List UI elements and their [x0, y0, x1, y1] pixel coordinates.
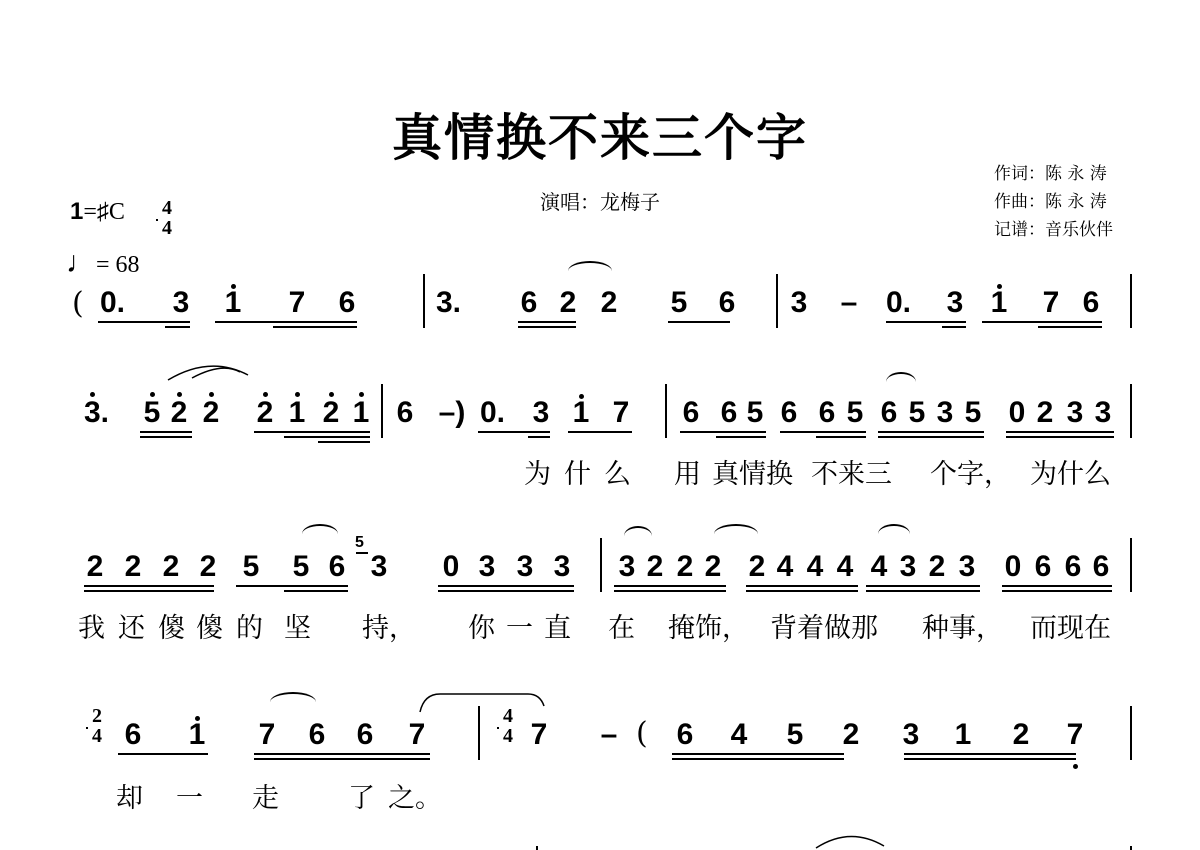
lyric: 之。 — [388, 784, 442, 814]
high-octave-dot — [90, 392, 95, 397]
note: 0 — [1002, 552, 1024, 582]
time-signature: 4 4 — [156, 198, 178, 238]
dash-sustain: – — [598, 720, 620, 750]
note: 5 — [240, 552, 262, 582]
time-sig-denominator: 4 — [86, 726, 108, 746]
slur — [568, 261, 612, 271]
note: 1 — [286, 398, 308, 428]
note: 5 — [668, 288, 690, 318]
beam-line — [878, 431, 984, 433]
beam-line — [518, 321, 576, 323]
lyric: 不来三 — [811, 460, 892, 490]
beam-line — [982, 321, 1102, 323]
high-octave-dot — [579, 394, 584, 399]
note: 1 — [186, 720, 208, 750]
beam-line — [118, 753, 208, 755]
note: 2 — [840, 720, 862, 750]
lyric: 我 — [78, 614, 105, 644]
beam-line — [318, 441, 370, 443]
lyric: 的 — [236, 614, 263, 644]
note: 3 — [934, 398, 956, 428]
composer-credit: 作曲：陈 永 涛 — [994, 188, 1113, 216]
bar-line — [600, 538, 602, 592]
note: 6 — [816, 398, 838, 428]
note: 2 — [598, 288, 620, 318]
note: 3 — [551, 552, 573, 582]
note: 6 — [336, 288, 358, 318]
beam-line — [438, 585, 574, 587]
beam-line — [284, 590, 348, 592]
beam-line — [746, 585, 858, 587]
note: 6 — [122, 720, 144, 750]
note: 5 — [962, 398, 984, 428]
beam-line — [904, 753, 1076, 755]
note: 6 — [878, 398, 900, 428]
note: 2 — [1010, 720, 1032, 750]
slur — [624, 526, 652, 536]
beam-line — [672, 753, 844, 755]
tempo-marking: ♩= 68 — [66, 246, 140, 280]
note: 2 — [122, 552, 144, 582]
note: 5 — [141, 398, 163, 428]
beam-line — [816, 436, 866, 438]
note: 4 — [774, 552, 796, 582]
beam-line — [478, 431, 550, 433]
note: 2 — [926, 552, 948, 582]
bar-line — [1130, 274, 1132, 328]
note: 4 — [834, 552, 856, 582]
note: 4 — [868, 552, 890, 582]
note: 3. — [84, 398, 106, 428]
note: 6 — [718, 398, 740, 428]
time-sig-bar — [497, 727, 499, 729]
high-octave-dot — [195, 716, 200, 721]
note: 3 — [956, 552, 978, 582]
high-octave-dot — [359, 392, 364, 397]
note: 2 — [197, 552, 219, 582]
beam-line — [1006, 431, 1114, 433]
note: 6 — [1080, 288, 1102, 318]
high-octave-dot — [177, 392, 182, 397]
high-octave-dot — [997, 284, 1002, 289]
note: 5 — [784, 720, 806, 750]
slur — [878, 524, 910, 534]
note: 2 — [160, 552, 182, 582]
beam-line — [668, 321, 730, 323]
high-octave-dot — [329, 392, 334, 397]
lyric: 直 — [544, 614, 571, 644]
high-octave-dot — [150, 392, 155, 397]
beam-line — [518, 326, 576, 328]
beam-line — [866, 590, 980, 592]
note: 2 — [320, 398, 342, 428]
key-signature: 1=♯C — [70, 198, 125, 226]
beam-line — [254, 758, 430, 760]
lyric: 还 — [118, 614, 145, 644]
note: 3 — [900, 720, 922, 750]
beam-line — [273, 326, 357, 328]
bar-line — [423, 274, 425, 328]
note: 7 — [1040, 288, 1062, 318]
note: 0. — [480, 398, 502, 428]
high-octave-dot — [295, 392, 300, 397]
lyric: 持， — [362, 614, 416, 644]
bar-line — [381, 384, 383, 438]
note: 3 — [368, 552, 390, 582]
time-sig-numerator: 4 — [156, 198, 178, 218]
beam-line — [236, 585, 348, 587]
note: 5 — [744, 398, 766, 428]
beam-line — [140, 431, 192, 433]
note: 6 — [674, 720, 696, 750]
bar-line — [665, 384, 667, 438]
note: 3 — [944, 288, 966, 318]
note: 7 — [406, 720, 428, 750]
high-octave-dot — [263, 392, 268, 397]
lyric: 掩饰， — [668, 614, 749, 644]
time-sig-numerator: 4 — [497, 706, 519, 726]
lyric: 什 — [564, 460, 591, 490]
lyric: 而现在 — [1030, 614, 1111, 644]
note: 7 — [610, 398, 632, 428]
lyric: 在 — [608, 614, 635, 644]
note: 6 — [1032, 552, 1054, 582]
note: 2 — [84, 552, 106, 582]
slur — [270, 692, 316, 702]
key-equals: = — [83, 199, 97, 225]
high-octave-dot — [209, 392, 214, 397]
beam-line — [84, 590, 214, 592]
lyric: 么 — [604, 460, 631, 490]
beam-line — [568, 431, 632, 433]
beam-line — [942, 326, 966, 328]
note: 1 — [350, 398, 372, 428]
note: 3 — [1064, 398, 1086, 428]
note: 2 — [557, 288, 579, 318]
note: 1 — [222, 288, 244, 318]
time-signature-change: 2 4 — [86, 706, 108, 746]
lyric: 真情换 — [712, 460, 793, 490]
time-signature-change: 4 4 — [497, 706, 519, 746]
bar-line — [776, 274, 778, 328]
note: 1 — [988, 288, 1010, 318]
beam-line — [1038, 326, 1102, 328]
note: 6 — [306, 720, 328, 750]
note: 1 — [570, 398, 592, 428]
time-sig-numerator: 2 — [86, 706, 108, 726]
high-octave-dot — [231, 284, 236, 289]
beam-line — [215, 321, 357, 323]
time-sig-bar — [86, 727, 88, 729]
lyric: 种事， — [922, 614, 1003, 644]
beam-line — [614, 585, 726, 587]
note: 3 — [1092, 398, 1114, 428]
lyric: 傻 — [196, 614, 223, 644]
note: 6 — [354, 720, 376, 750]
lyric: 为什么 — [1030, 460, 1111, 490]
beam-line — [1002, 590, 1112, 592]
lyric: 个字， — [930, 460, 1011, 490]
lyric: 一 — [176, 784, 203, 814]
note: 3 — [170, 288, 192, 318]
grace-beam — [356, 552, 368, 554]
tempo-value: = 68 — [96, 252, 140, 278]
note: 2 — [254, 398, 276, 428]
slur — [302, 524, 338, 534]
beam-line — [438, 590, 574, 592]
beam-line — [1006, 436, 1114, 438]
lyric: 了 — [348, 784, 375, 814]
beam-line — [886, 321, 966, 323]
repeat-open-paren: ( — [636, 716, 648, 751]
note: 3 — [788, 288, 810, 318]
note: 7 — [1064, 720, 1086, 750]
bar-line — [478, 706, 480, 760]
note: 3 — [476, 552, 498, 582]
lyric: 傻 — [158, 614, 185, 644]
note: 2 — [168, 398, 190, 428]
beam-line — [140, 436, 192, 438]
note: 6 — [1062, 552, 1084, 582]
beam-line — [746, 590, 858, 592]
beam-line — [84, 585, 214, 587]
note: 6 — [394, 398, 416, 428]
credits-block: 作词：陈 永 涛 作曲：陈 永 涛 记谱：音乐伙伴 — [994, 160, 1113, 244]
lyric: 一 — [506, 614, 533, 644]
beam-line — [614, 590, 726, 592]
beam-line — [284, 436, 370, 438]
note: 3 — [514, 552, 536, 582]
grace-note: 5 — [355, 534, 364, 552]
beam-line — [716, 436, 766, 438]
beam-line — [904, 758, 1076, 760]
time-sig-denominator: 4 — [497, 726, 519, 746]
key-name: ♯C — [97, 199, 125, 225]
note: 4 — [728, 720, 750, 750]
note: 3 — [616, 552, 638, 582]
bar-line — [1130, 706, 1132, 760]
note: 0 — [1006, 398, 1028, 428]
note: 2 — [674, 552, 696, 582]
note: 5 — [844, 398, 866, 428]
note: 0 — [440, 552, 462, 582]
note: 2 — [644, 552, 666, 582]
bar-line — [1130, 384, 1132, 438]
beam-line — [165, 326, 190, 328]
lyricist-credit: 作词：陈 永 涛 — [994, 160, 1113, 188]
quarter-note-icon: ♩ — [66, 246, 96, 279]
note: 1 — [952, 720, 974, 750]
transcriber-credit: 记谱：音乐伙伴 — [994, 216, 1113, 244]
dash-sustain: – — [838, 288, 860, 318]
note: 7 — [286, 288, 308, 318]
note: 5 — [906, 398, 928, 428]
note: 2 — [746, 552, 768, 582]
note: 0. — [100, 288, 122, 318]
beam-line — [254, 431, 370, 433]
note: 7 — [256, 720, 278, 750]
lyric: 为 — [524, 460, 551, 490]
note: 6 — [518, 288, 540, 318]
note: 3. — [436, 288, 458, 318]
lyric: 坚 — [284, 614, 311, 644]
beam-line — [98, 321, 190, 323]
slur — [714, 524, 758, 534]
note: 6 — [716, 288, 738, 318]
lyric: 背着做那 — [770, 614, 878, 644]
low-octave-dot — [1073, 764, 1078, 769]
note: 0. — [886, 288, 908, 318]
note: 6 — [778, 398, 800, 428]
beam-line — [1002, 585, 1112, 587]
beam-line — [672, 758, 844, 760]
beam-line — [528, 436, 550, 438]
key-tonic: 1 — [70, 198, 83, 225]
bar-line — [1130, 538, 1132, 592]
time-sig-bar — [156, 219, 158, 221]
note: 6 — [680, 398, 702, 428]
beam-line — [866, 585, 980, 587]
lyric: 走 — [252, 784, 279, 814]
note: 3 — [530, 398, 552, 428]
repeat-open-paren: ( — [72, 286, 84, 321]
note: 2 — [702, 552, 724, 582]
dash-sustain-close: –) — [434, 398, 470, 428]
note: 7 — [528, 720, 550, 750]
note: 2 — [1034, 398, 1056, 428]
beam-line — [878, 436, 984, 438]
time-sig-denominator: 4 — [156, 218, 178, 238]
note: 4 — [804, 552, 826, 582]
note: 5 — [290, 552, 312, 582]
note: 6 — [326, 552, 348, 582]
beam-line — [254, 753, 430, 755]
beam-line — [680, 431, 766, 433]
lyric: 用 — [674, 460, 701, 490]
note: 3 — [897, 552, 919, 582]
lyric: 却 — [116, 784, 143, 814]
note: 6 — [1090, 552, 1112, 582]
beam-line — [780, 431, 866, 433]
lyric: 你 — [468, 614, 495, 644]
note: 2 — [200, 398, 222, 428]
slur — [886, 372, 916, 382]
